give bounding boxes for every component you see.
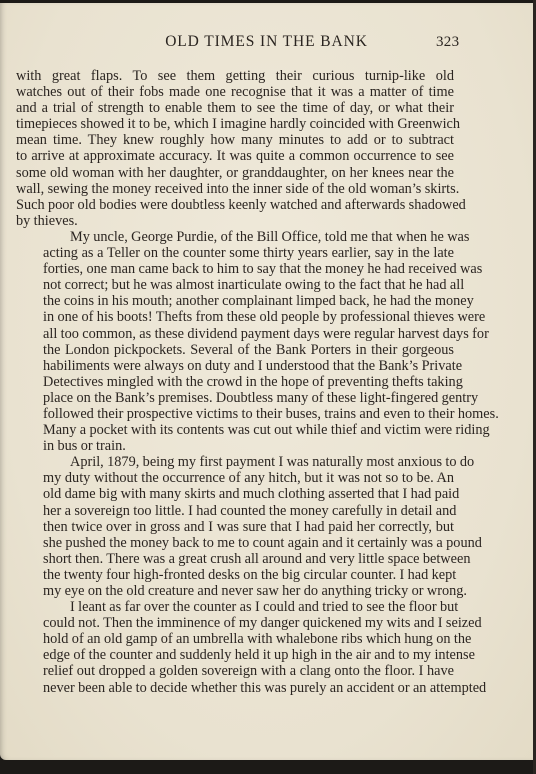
text-line: some old woman with her daughter, or gra… [16,165,454,181]
text-line: place on the Bank’s premises. Doubtless … [16,390,454,406]
page-header: OLD TIMES IN THE BANK 323 [0,33,533,53]
text-line: my eye on the old creature and never saw… [16,583,454,599]
text-line: acting as a Teller on the counter some t… [16,245,454,261]
paragraph-3: April, 1879, being my first payment I wa… [16,454,454,599]
text-line: never been able to decide whether this w… [16,680,454,696]
text-line: could not. Then the imminence of my dang… [16,615,454,631]
text-line: with great flaps. To see them getting th… [16,68,454,84]
text-line: hold of an old gamp of an umbrella with … [16,631,454,647]
text-line: habiliments were always on duty and I un… [16,358,454,374]
text-line: the coins in his mouth; another complain… [16,293,454,309]
text-line: Such poor old bodies were doubtless keen… [16,197,454,213]
text-line: her a sovereign too little. I had counte… [16,503,454,519]
text-line: in one of his boots! Thefts from these o… [16,309,454,325]
text-line: timepieces showed it to be, which I imag… [16,116,454,132]
text-line: then twice over in gross and I was sure … [16,519,454,535]
paragraph-2: My uncle, George Purdie, of the Bill Off… [16,229,454,454]
page-number: 323 [436,34,459,51]
text-line: my duty without the occurrence of any hi… [16,470,454,486]
text-line: Detectives mingled with the crowd in the… [16,374,454,390]
text-line: relief out dropped a golden sovereign wi… [16,663,454,679]
text-line: wall, sewing the money received into the… [16,181,454,197]
text-line: Many a pocket with its contents was cut … [16,422,454,438]
text-line: she pushed the money back to me to count… [16,535,454,551]
text-line: by thieves. [16,213,454,229]
text-line: forties, one man came back to him to say… [16,261,454,277]
text-line: the twenty four high-fronted desks on th… [16,567,454,583]
text-line: short then. There was a great crush all … [16,551,454,567]
text-line: and a trial of strength to enable them t… [16,100,454,116]
book-page: OLD TIMES IN THE BANK 323 with great fla… [0,3,533,760]
body-text: with great flaps. To see them getting th… [16,68,454,696]
text-line: not correct; but he was almost inarticul… [16,277,454,293]
text-line: edge of the counter and suddenly held it… [16,647,454,663]
text-line: April, 1879, being my first payment I wa… [16,454,454,470]
paragraph-4: I leant as far over the counter as I cou… [16,599,454,696]
text-line: followed their prospective victims to th… [16,406,454,422]
text-line: to arrive at approximate accuracy. It wa… [16,148,454,164]
paragraph-1: with great flaps. To see them getting th… [16,68,454,229]
text-line: I leant as far over the counter as I cou… [16,599,454,615]
text-line: in bus or train. [16,438,454,454]
text-line: My uncle, George Purdie, of the Bill Off… [16,229,454,245]
text-line: mean time. They knew roughly how many mi… [16,132,454,148]
text-line: all too common, as these dividend paymen… [16,326,454,342]
text-line: old dame big with many skirts and much c… [16,486,454,502]
text-line: watches out of their fobs made one recog… [16,84,454,100]
text-line: the London pickpockets. Several of the B… [16,342,454,358]
